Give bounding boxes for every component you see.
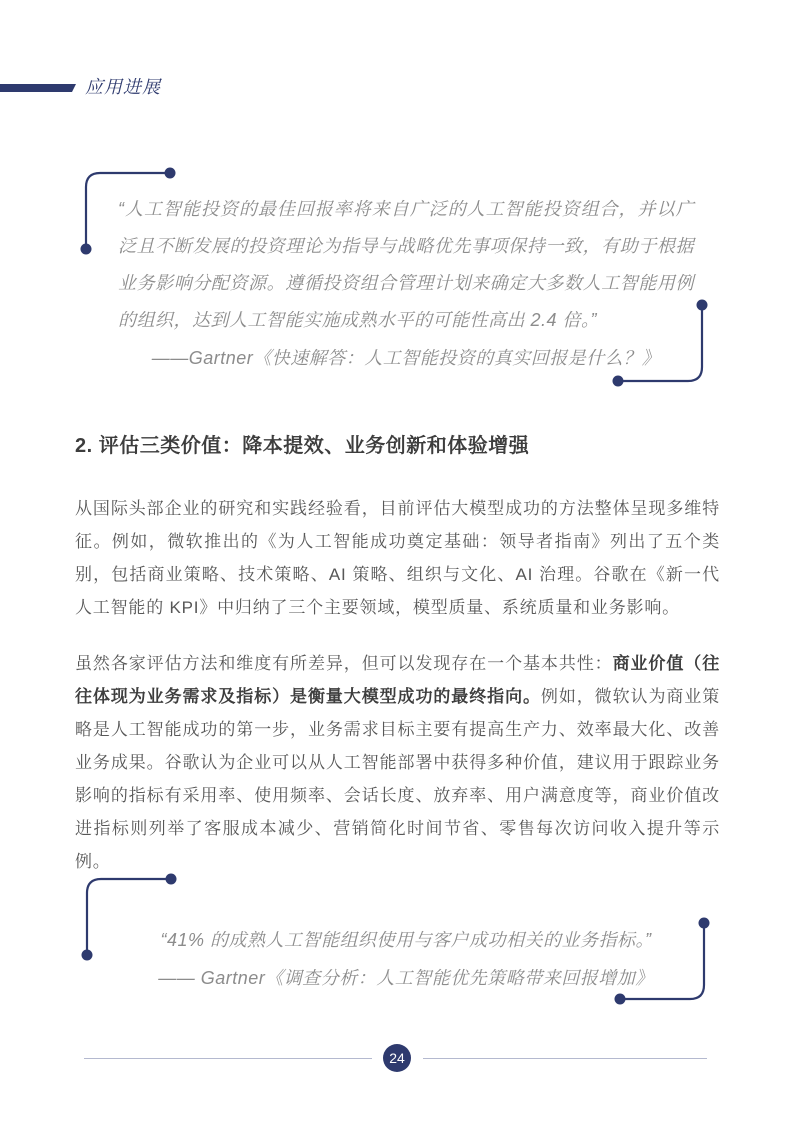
quote-text: “41% 的成熟人工智能组织使用与客户成功相关的业务指标。” — [118, 922, 694, 959]
document-page: 应用进展 “人工智能投资的最佳回报率将来自广泛的人工智能投资组合，并以广泛且不断… — [0, 0, 793, 1121]
section-heading: 2. 评估三类价值：降本提效、业务创新和体验增强 — [75, 429, 719, 458]
footer-divider-left — [84, 1058, 372, 1059]
quote-citation: —— Gartner《调查分析：人工智能优先策略带来回报增加》 — [118, 960, 694, 997]
paragraph-rest-text: 例如，微软认为商业策略是人工智能成功的第一步，业务需求目标主要有提高生产力、效率… — [75, 687, 720, 871]
page-number-badge: 24 — [383, 1044, 411, 1072]
quote-text: “人工智能投资的最佳回报率将来自广泛的人工智能投资组合，并以广泛且不断发展的投资… — [118, 191, 694, 339]
page-header-title: 应用进展 — [85, 73, 161, 99]
body-paragraph: 从国际头部企业的研究和实践经验看，目前评估大模型成功的方法整体呈现多维特征。例如… — [75, 492, 720, 624]
header-accent-bar — [0, 84, 76, 92]
body-paragraph: 虽然各家评估方法和维度有所差异，但可以发现存在一个基本共性：商业价值（往往体现为… — [75, 647, 720, 878]
quote-citation: ——Gartner《快速解答：人工智能投资的真实回报是什么？》 — [118, 340, 694, 377]
footer-divider-right — [423, 1058, 707, 1059]
paragraph-lead-text: 虽然各家评估方法和维度有所差异，但可以发现存在一个基本共性： — [75, 654, 613, 673]
quote-close-bracket — [612, 915, 712, 1007]
quote-close-bracket — [610, 297, 710, 389]
